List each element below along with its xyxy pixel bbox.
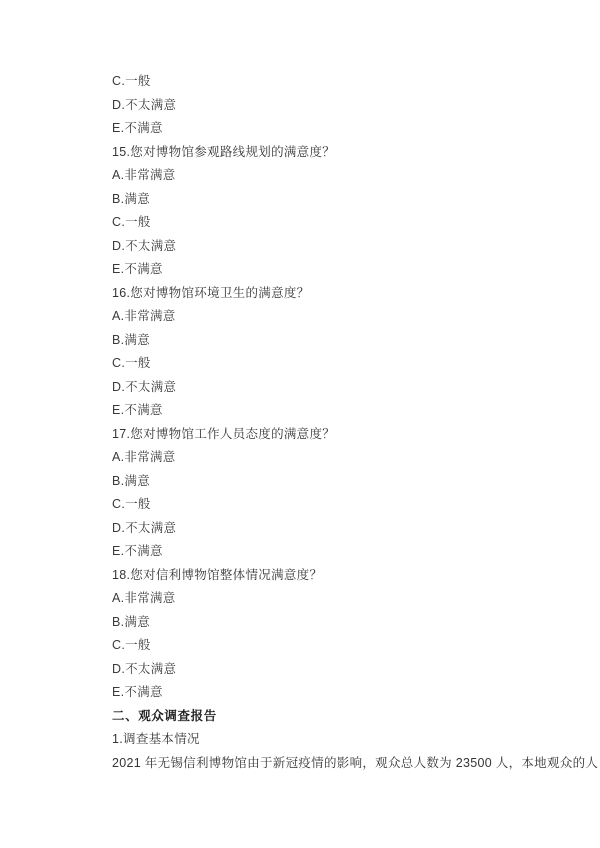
option-line: D.不太满意 (112, 376, 600, 400)
subheading-line: 1.调查基本情况 (112, 728, 600, 752)
option-line: C.一般 (112, 493, 600, 517)
option-line: D.不太满意 (112, 517, 600, 541)
option-line: B.满意 (112, 329, 600, 353)
option-line: A.非常满意 (112, 164, 600, 188)
document-content: C.一般 D.不太满意 E.不满意 15.您对博物馆参观路线规划的满意度？ A.… (112, 70, 600, 775)
option-line: B.满意 (112, 470, 600, 494)
option-line: E.不满意 (112, 399, 600, 423)
document-page: C.一般 D.不太满意 E.不满意 15.您对博物馆参观路线规划的满意度？ A.… (0, 0, 600, 848)
option-line: B.满意 (112, 611, 600, 635)
question-line: 15.您对博物馆参观路线规划的满意度？ (112, 141, 600, 165)
option-line: A.非常满意 (112, 587, 600, 611)
question-line: 17.您对博物馆工作人员态度的满意度？ (112, 423, 600, 447)
option-line: E.不满意 (112, 681, 600, 705)
option-line: C.一般 (112, 352, 600, 376)
option-line: D.不太满意 (112, 235, 600, 259)
heading-line: 二、观众调查报告 (112, 705, 600, 729)
option-line: C.一般 (112, 211, 600, 235)
option-line: E.不满意 (112, 540, 600, 564)
option-line: A.非常满意 (112, 305, 600, 329)
option-line: C.一般 (112, 634, 600, 658)
paragraph-line: 2021 年无锡信利博物馆由于新冠疫情的影响，观众总人数为 23500 人，本地… (112, 752, 600, 776)
option-line: D.不太满意 (112, 658, 600, 682)
option-line: B.满意 (112, 188, 600, 212)
option-line: C.一般 (112, 70, 600, 94)
option-line: E.不满意 (112, 117, 600, 141)
question-line: 18.您对信利博物馆整体情况满意度？ (112, 564, 600, 588)
option-line: D.不太满意 (112, 94, 600, 118)
option-line: A.非常满意 (112, 446, 600, 470)
option-line: E.不满意 (112, 258, 600, 282)
question-line: 16.您对博物馆环境卫生的满意度？ (112, 282, 600, 306)
